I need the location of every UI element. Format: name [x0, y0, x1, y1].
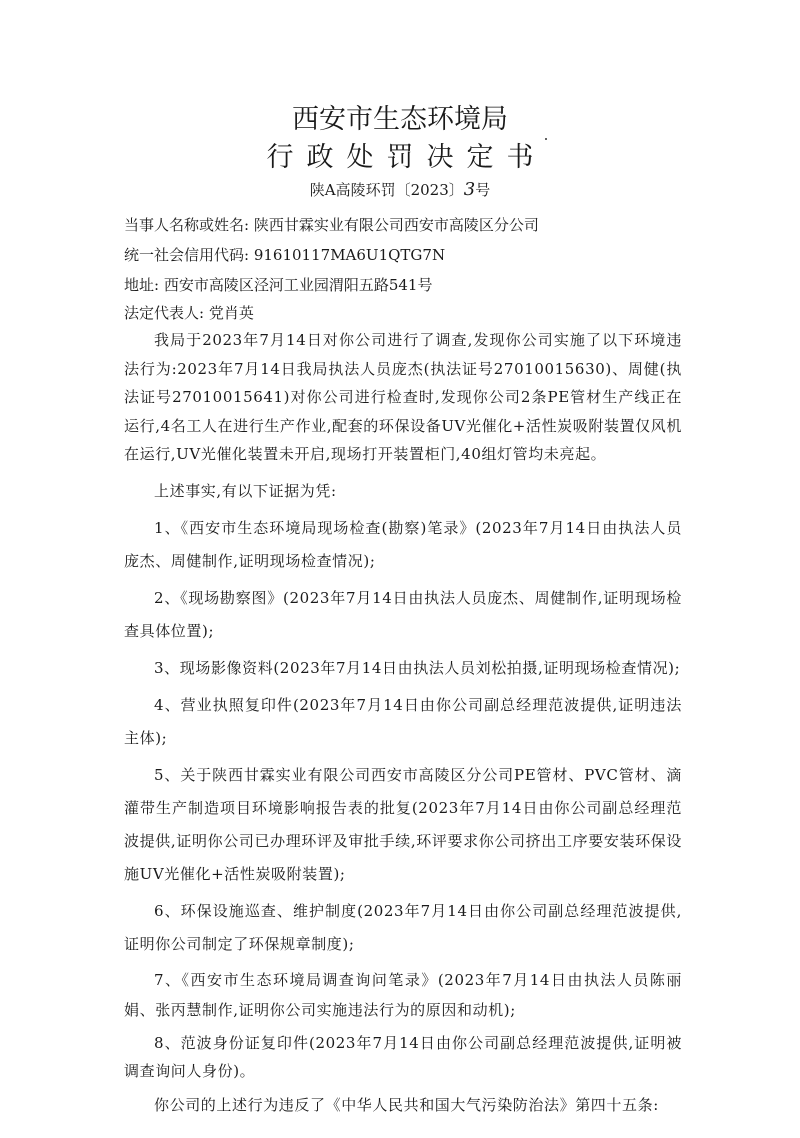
credit-code-label: 统一社会信用代码:: [124, 246, 249, 264]
address-label: 地址:: [124, 276, 159, 294]
evidence-intro: 上述事实,有以下证据为凭:: [124, 475, 682, 508]
credit-code-line: 统一社会信用代码: 91610117MA6U1QTG7N: [124, 240, 682, 270]
scan-artifact-dot: [545, 138, 547, 140]
evidence-item: 6、环保设施巡查、维护制度(2023年7月14日由你公司副总经理范波提供,证明你…: [124, 895, 682, 961]
party-name-label: 当事人名称或姓名:: [124, 216, 249, 234]
document-number-suffix: 号: [475, 181, 490, 199]
findings-paragraph: 我局于2023年7月14日对你公司进行了调查,发现你公司实施了以下环境违法行为:…: [124, 326, 682, 469]
evidence-item: 5、关于陕西甘霖实业有限公司西安市高陵区分公司PE管材、PVC管材、滴灌带生产制…: [124, 759, 682, 891]
agency-title: 西安市生态环境局: [0, 103, 800, 137]
evidence-item: 4、营业执照复印件(2023年7月14日由你公司副总经理范波提供,证明违法主体)…: [124, 689, 682, 755]
document-body: 当事人名称或姓名: 陕西甘霖实业有限公司西安市高陵区分公司 统一社会信用代码: …: [124, 210, 682, 1122]
address-line: 地址: 西安市高陵区泾河工业园渭阳五路541号: [124, 270, 682, 300]
document-number-prefix: 陕A高陵环罚〔2023〕: [310, 181, 464, 199]
party-name-value: 陕西甘霖实业有限公司西安市高陵区分公司: [254, 216, 539, 234]
evidence-item: 8、范波身份证复印件(2023年7月14日由你公司副总经理范波提供,证明被调查询…: [124, 1029, 682, 1085]
conclusion-paragraph: 你公司的上述行为违反了《中华人民共和国大气污染防治法》第四十五条:: [124, 1089, 682, 1122]
party-name-line: 当事人名称或姓名: 陕西甘霖实业有限公司西安市高陵区分公司: [124, 210, 682, 240]
evidence-item: 7、《西安市生态环境局调查询问笔录》(2023年7月14日由执法人员陈丽娟、张丙…: [124, 965, 682, 1025]
evidence-item: 1、《西安市生态环境局现场检查(勘察)笔录》(2023年7月14日由执法人员庞杰…: [124, 512, 682, 578]
document-page: 西安市生态环境局 行政处罚决定书 陕A高陵环罚〔2023〕3号 当事人名称或姓名…: [0, 0, 800, 1138]
document-number: 陕A高陵环罚〔2023〕3号: [0, 180, 800, 200]
legal-rep-label: 法定代表人:: [124, 304, 204, 322]
legal-rep-line: 法定代表人: 党肖英: [124, 300, 682, 326]
address-value: 西安市高陵区泾河工业园渭阳五路541号: [164, 276, 433, 294]
legal-rep-value: 党肖英: [209, 304, 254, 322]
document-number-handwritten: 3: [464, 179, 475, 200]
evidence-item: 3、现场影像资料(2023年7月14日由执法人员刘松拍摄,证明现场检查情况);: [124, 652, 682, 685]
credit-code-value: 91610117MA6U1QTG7N: [254, 246, 445, 264]
evidence-item: 2、《现场勘察图》(2023年7月14日由执法人员庞杰、周健制作,证明现场检查具…: [124, 582, 682, 648]
document-type-title: 行政处罚决定书: [0, 141, 800, 175]
